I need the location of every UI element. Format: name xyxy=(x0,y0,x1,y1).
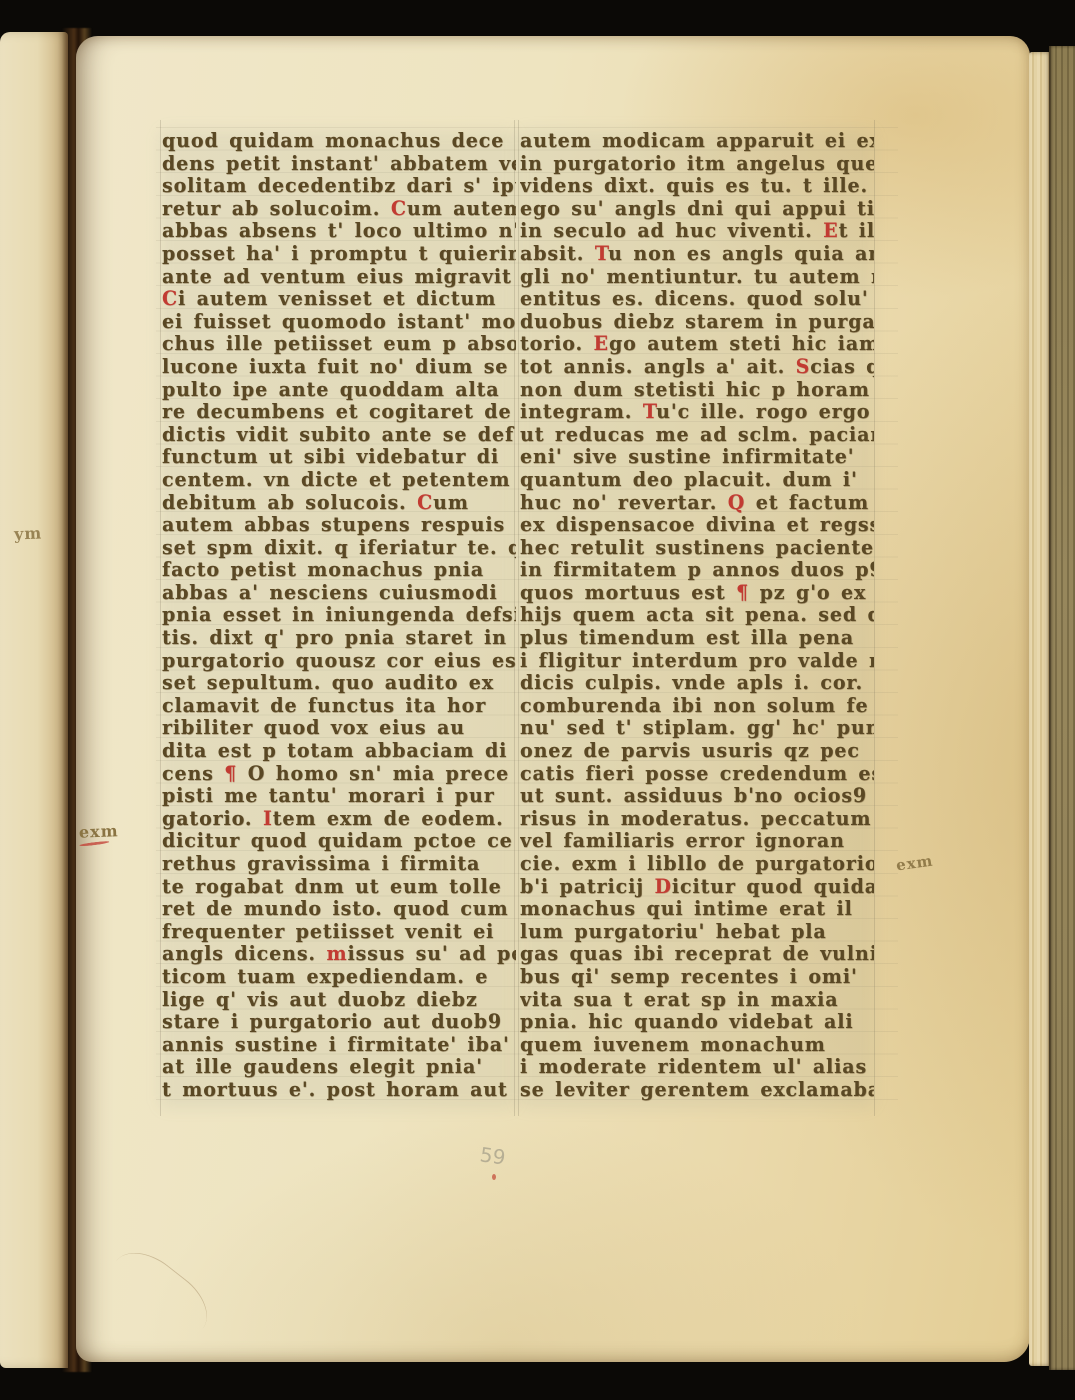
text-line: in seculo ad huc viventi. Et ille. xyxy=(520,220,874,243)
text-line: monachus qui intime erat il xyxy=(520,898,874,921)
text-line: Ci autem venisset et dictum xyxy=(162,288,516,311)
text-line: t mortuus e'. post horam aut xyxy=(162,1079,516,1102)
red-ink-dot xyxy=(492,1174,496,1180)
text-line: ex dispensacoe divina et regssus. xyxy=(520,514,874,537)
text-line: in purgatorio itm angelus que xyxy=(520,152,874,175)
text-line: gatorio. Item exm de eodem. xyxy=(162,808,516,831)
text-line: lum purgatoriu' hebat pla xyxy=(520,921,874,944)
margin-note-exemplum-right: exm xyxy=(895,851,935,874)
text-line: i moderate ridentem ul' alias xyxy=(520,1056,874,1079)
text-line: plus timendum est illa pena xyxy=(520,627,874,650)
text-line: debitum ab solucois. Cum xyxy=(162,491,516,514)
text-line: dens petit instant' abbatem ve xyxy=(162,152,516,175)
margin-note-text: exm xyxy=(79,821,119,841)
text-line: huc no' revertar. Q et factum e' xyxy=(520,491,874,514)
text-line: at ille gaudens elegit pnia' xyxy=(162,1056,516,1079)
text-column-right: autem modicam apparuit ei exi'pin purgat… xyxy=(520,130,874,1102)
text-line: ei fuisset quomodo istant' mona xyxy=(162,311,516,334)
text-line: stare i purgatorio aut duob9 xyxy=(162,1011,516,1034)
text-line: hec retulit sustinens pacienter xyxy=(520,536,874,559)
text-line: pnia esset in iniungenda defsit xyxy=(162,604,516,627)
text-line: functum ut sibi videbatur di xyxy=(162,446,516,469)
text-line: tis. dixt q' pro pnia staret in xyxy=(162,627,516,650)
text-line: chus ille petiisset eum p abso xyxy=(162,333,516,356)
text-line: abbas a' nesciens cuiusmodi xyxy=(162,582,516,605)
text-line: absit. Tu non es angls quia an xyxy=(520,243,874,266)
text-line: solitam decedentibz dari s' ipti xyxy=(162,175,516,198)
text-line: centem. vn dicte et petentem xyxy=(162,469,516,492)
text-line: hijs quem acta sit pena. sed q' xyxy=(520,604,874,627)
text-line: te rogabat dnm ut eum tolle xyxy=(162,875,516,898)
text-line: gli no' mentiuntur. tu autem m xyxy=(520,265,874,288)
text-line: dita est p totam abbaciam di xyxy=(162,740,516,763)
text-line: non dum stetisti hic p horam xyxy=(520,378,874,401)
text-line: pnia. hic quando videbat ali xyxy=(520,1011,874,1034)
facing-page-edge: ym xyxy=(0,32,68,1368)
text-line: dicitur quod quidam pctoe ce xyxy=(162,830,516,853)
text-line: clamavit de functus ita hor xyxy=(162,695,516,718)
text-line: annis sustine i firmitate' iba' xyxy=(162,1034,516,1057)
text-line: lige q' vis aut duobz diebz xyxy=(162,988,516,1011)
text-line: gas quas ibi receprat de vulni xyxy=(520,943,874,966)
text-line: i fligitur interdum pro valde mo xyxy=(520,649,874,672)
text-line: retur ab solucoim. Cum autem xyxy=(162,198,516,221)
text-line: duobus diebz starem in purga xyxy=(520,311,874,334)
facing-page-margin-note: ym xyxy=(14,524,43,544)
text-line: angls dicens. missus su' ad pe xyxy=(162,943,516,966)
text-line: quantum deo placuit. dum i' xyxy=(520,469,874,492)
text-line: vel familiaris error ignoran xyxy=(520,830,874,853)
ruling-line-vertical xyxy=(874,120,875,1116)
text-line: ribiliter quod vox eius au xyxy=(162,717,516,740)
text-line: set sepultum. quo audito ex xyxy=(162,672,516,695)
text-line: entitus es. dicens. quod solu' xyxy=(520,288,874,311)
text-line: lucone iuxta fuit no' dium se xyxy=(162,356,516,379)
text-line: rethus gravissima i firmita xyxy=(162,853,516,876)
parchment-crease xyxy=(90,1239,220,1363)
text-line: ut sunt. assiduus b'no ocios9 xyxy=(520,785,874,808)
text-line: risus in moderatus. peccatum te xyxy=(520,808,874,831)
text-line: purgatorio quousz cor eius es xyxy=(162,649,516,672)
text-line: cens ¶ O homo sn' mia prece xyxy=(162,762,516,785)
text-line: pulto ipe ante quoddam alta xyxy=(162,378,516,401)
text-line: tot annis. angls a' ait. Scias q' xyxy=(520,356,874,379)
text-line: autem abbas stupens respuis xyxy=(162,514,516,537)
text-line: se leviter gerentem exclamabat xyxy=(520,1079,874,1102)
text-line: bus qi' semp recentes i omi' xyxy=(520,966,874,989)
text-line: vita sua t erat sp in maxia xyxy=(520,988,874,1011)
fore-edge-page-stack xyxy=(1029,52,1051,1366)
text-line: frequenter petiisset venit ei xyxy=(162,921,516,944)
text-line: facto petist monachus pnia xyxy=(162,559,516,582)
text-line: b'i patricij Dicitur quod quida' xyxy=(520,875,874,898)
text-line: quod quidam monachus dece xyxy=(162,130,516,153)
text-line: abbas absens t' loco ultimo n' xyxy=(162,220,516,243)
text-line: eni' sive sustine infirmitate' xyxy=(520,446,874,469)
manuscript-photo: ym quod quidam monachus decedens petit i… xyxy=(0,0,1075,1400)
parchment-page: quod quidam monachus decedens petit inst… xyxy=(76,36,1030,1362)
text-column-left: quod quidam monachus decedens petit inst… xyxy=(162,130,516,1102)
text-line: ut reducas me ad sclm. paciar xyxy=(520,423,874,446)
text-line: pisti me tantu' morari i pur xyxy=(162,785,516,808)
text-line: comburenda ibi non solum fe xyxy=(520,695,874,718)
text-line: cie. exm i libllo de purgatorio xyxy=(520,853,874,876)
text-line: in firmitatem p annos duos p9 xyxy=(520,559,874,582)
text-line: autem modicam apparuit ei exi'p xyxy=(520,130,874,153)
text-line: integram. Tu'c ille. rogo ergo xyxy=(520,401,874,424)
text-line: dicis culpis. vnde apls i. cor. iij. dt xyxy=(520,672,874,695)
text-line: ticom tuam expediendam. e xyxy=(162,966,516,989)
text-line: dictis vidit subito ante se def xyxy=(162,423,516,446)
text-line: posset ha' i promptu t quierint' xyxy=(162,243,516,266)
book-cover-edge xyxy=(1049,46,1075,1370)
text-line: ante ad ventum eius migravit xyxy=(162,265,516,288)
text-line: onez de parvis usuris qz pec xyxy=(520,740,874,763)
text-line: torio. Ego autem steti hic iam xyxy=(520,333,874,356)
text-line: re decumbens et cogitaret de p' xyxy=(162,401,516,424)
text-line: quem iuvenem monachum xyxy=(520,1034,874,1057)
text-line: nu' sed t' stiplam. gg' hc' punci xyxy=(520,717,874,740)
text-line: quos mortuus est ¶ pz g'o ex i xyxy=(520,582,874,605)
text-line: ret de mundo isto. quod cum xyxy=(162,898,516,921)
text-line: videns dixt. quis es tu. t ille. xyxy=(520,175,874,198)
text-line: catis fieri posse credendum est xyxy=(520,762,874,785)
folio-number-pencil: 59 xyxy=(478,1142,507,1169)
text-line: ego su' angls dni qui appui tibi xyxy=(520,198,874,221)
margin-note-exemplum-left: exm xyxy=(79,821,119,845)
text-line: set spm dixit. q iferiatur te. q xyxy=(162,536,516,559)
